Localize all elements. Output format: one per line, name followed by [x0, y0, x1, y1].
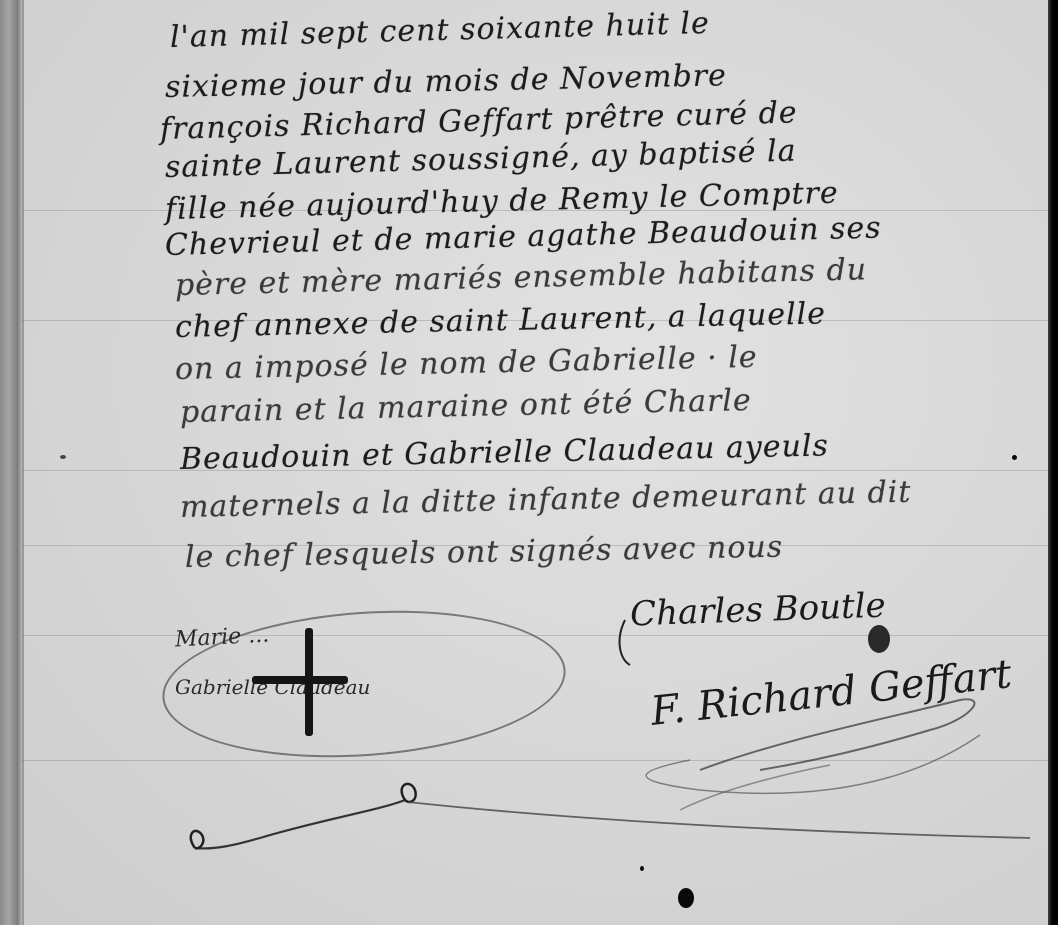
bleed-through-line: [22, 760, 1048, 761]
record-line-13: le chef lesquels ont signés avec nous: [185, 530, 784, 575]
record-line-8: chef annexe de saint Laurent, a laquelle: [175, 296, 827, 345]
bleed-through-line: [22, 470, 1048, 471]
record-line-1: l'an mil sept cent soixante huit le: [170, 6, 711, 55]
ink-dot: [640, 866, 644, 871]
ink-blot: [868, 625, 890, 653]
record-line-12: maternels a la ditte infante demeurant a…: [180, 475, 912, 525]
ink-dot: [60, 455, 66, 459]
signature-priest: F. Richard Geffart: [649, 651, 1014, 735]
ink-dot: [1012, 455, 1017, 460]
cross-mark-icon-bar: [252, 676, 348, 684]
page-right-edge: [1048, 0, 1058, 925]
signature-witness: Charles Boutle: [629, 586, 886, 635]
record-line-2: sixieme jour du mois de Novembre: [165, 58, 728, 105]
record-line-10: parain et la maraine ont été Charle: [180, 383, 752, 430]
page-binding-edge: [0, 0, 22, 925]
ink-blot: [678, 888, 694, 908]
register-page: l'an mil sept cent soixante huit le sixi…: [0, 0, 1058, 925]
mark-name-line-1: Marie ...: [174, 623, 269, 653]
record-line-9: on a imposé le nom de Gabrielle · le: [175, 340, 758, 387]
